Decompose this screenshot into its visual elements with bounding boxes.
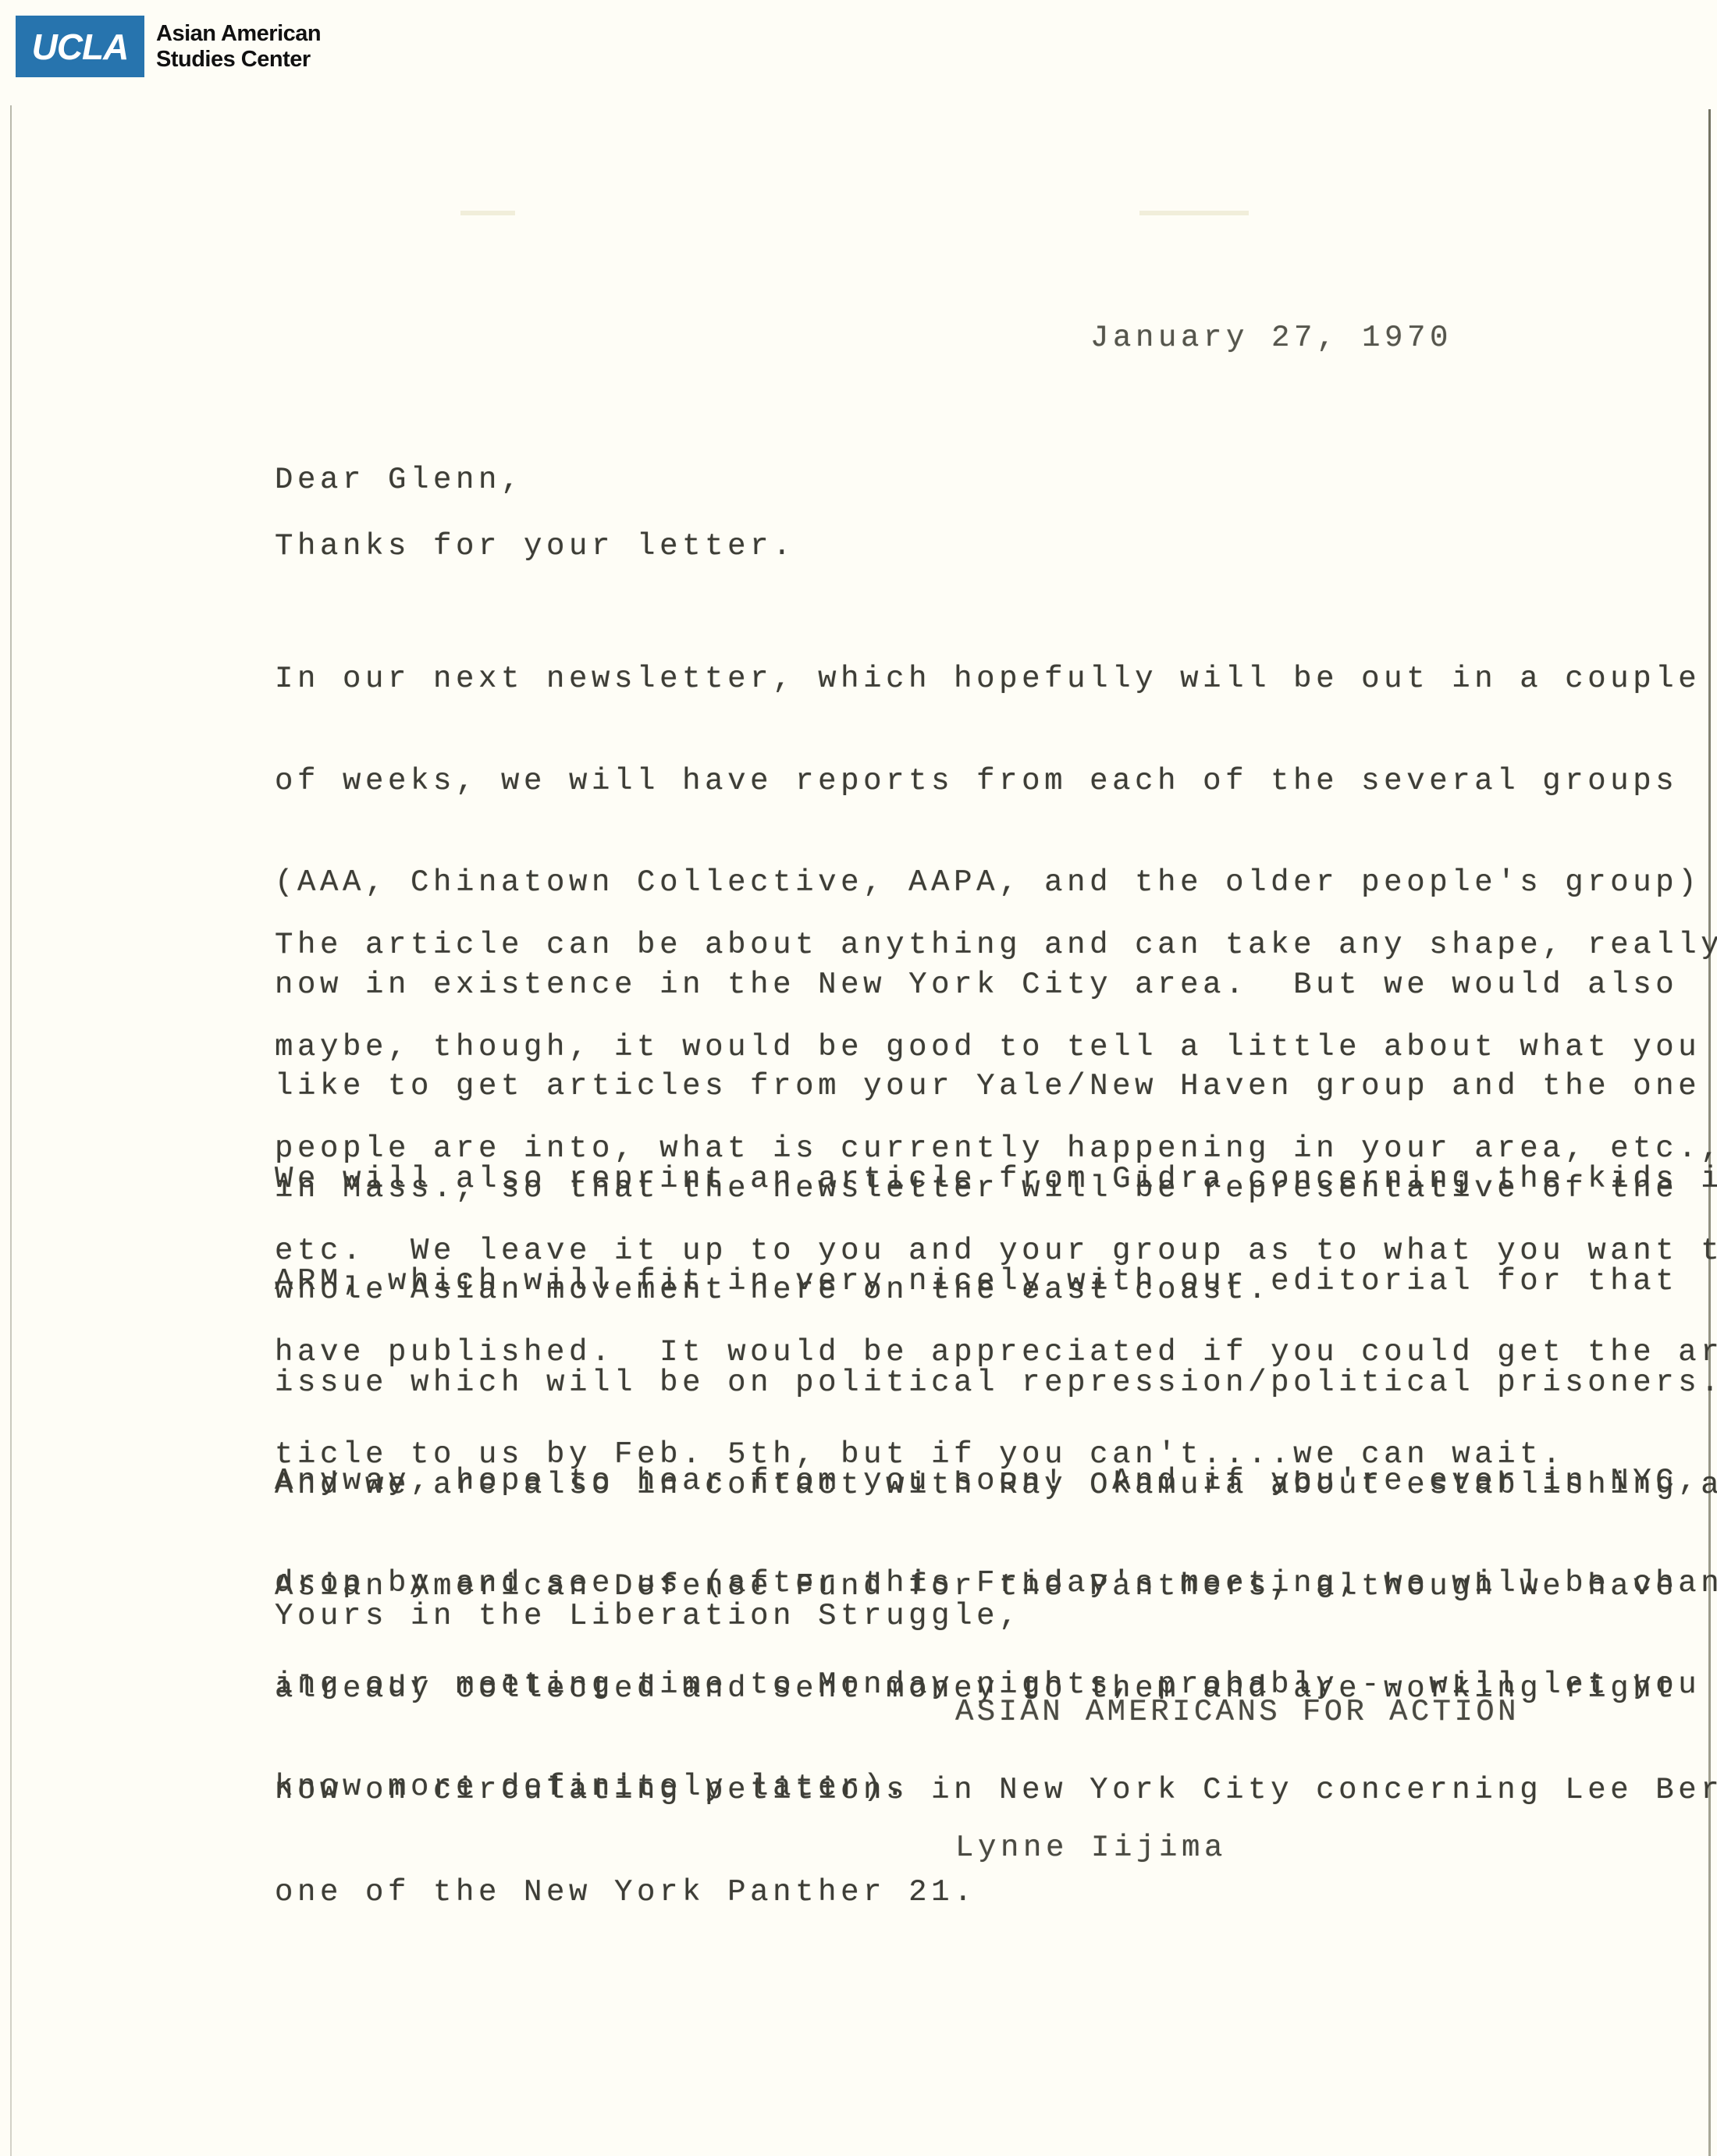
ucla-aasc-logo: UCLA Asian American Studies Center — [16, 16, 321, 77]
text-line: issue which will be on political repress… — [275, 1366, 1717, 1401]
ucla-logo-box: UCLA — [16, 16, 144, 77]
letter-date: January 27, 1970 — [1090, 321, 1452, 356]
salutation: Dear Glenn, — [275, 464, 524, 498]
text-line: know more definitely later). — [275, 1771, 1717, 1805]
center-name: Asian American Studies Center — [156, 21, 321, 73]
valediction: Yours in the Liberation Struggle, — [275, 1600, 1022, 1634]
text-line: of weeks, we will have reports from each… — [275, 765, 1701, 799]
text-line: We will also reprint an article from Gid… — [275, 1163, 1717, 1197]
text-line: drop by and see us (after this Friday's … — [275, 1567, 1717, 1601]
text-line: In our next newsletter, which hopefully … — [275, 662, 1701, 697]
paragraph-closing-note: Anyway, hope to hear from you soon! And … — [275, 1397, 1717, 1872]
text-line: The article can be about anything and ca… — [275, 929, 1717, 963]
text-line: Anyway, hope to hear from you soon! And … — [275, 1465, 1717, 1499]
text-line: ARM, which will fit in very nicely with … — [275, 1265, 1717, 1299]
center-name-line1: Asian American — [156, 21, 321, 47]
page-left-edge — [10, 105, 12, 2156]
text-line: maybe, though, it would be good to tell … — [275, 1031, 1717, 1065]
signatory-name: Lynne Iijima — [955, 1831, 1227, 1866]
opening-line: Thanks for your letter. — [275, 530, 795, 564]
organization-name: ASIAN AMERICANS FOR ACTION — [955, 1696, 1520, 1730]
faint-mark — [460, 211, 515, 215]
faint-mark — [1139, 211, 1249, 215]
center-name-line2: Studies Center — [156, 47, 321, 73]
text-line: one of the New York Panther 21. — [275, 1876, 1717, 1910]
letter-page: UCLA Asian American Studies Center Janua… — [0, 0, 1717, 2156]
